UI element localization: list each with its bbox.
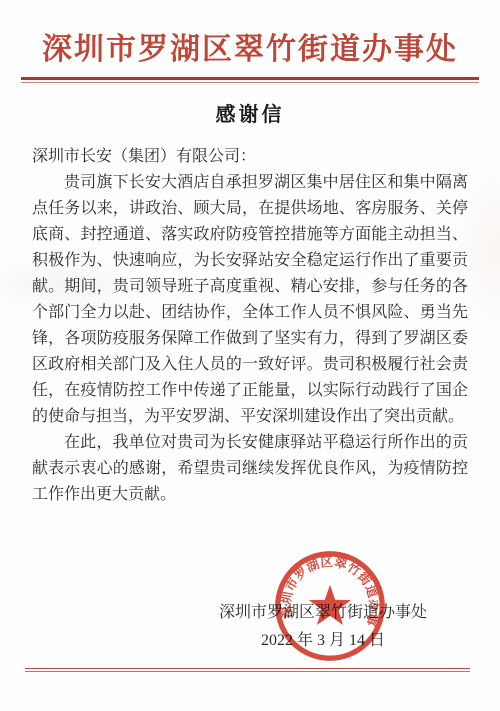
addressee-line: 深圳市长安（集团）有限公司： [32,144,468,170]
signature-org: 深圳市罗湖区翠竹街道办事处 [219,599,427,627]
letter-title: 感谢信 [0,98,500,127]
letter-page: 深圳市罗湖区翠竹街道办事处 感谢信 深圳市长安（集团）有限公司： 贵司旗下长安大… [0,0,500,711]
signature-block: 深圳市罗湖区翠竹街道办事处 2022 年 3 月 14 日 [219,599,427,655]
body-paragraph-1: 贵司旗下长安大酒店自承担罗湖区集中居住区和集中隔离点任务以来，讲政治、顾大局，在… [32,170,468,430]
letterhead-divider [21,77,479,83]
footer-divider [25,668,470,672]
letterhead-org-name: 深圳市罗湖区翠竹街道办事处 [0,0,500,69]
letter-body: 深圳市长安（集团）有限公司： 贵司旗下长安大酒店自承担罗湖区集中居住区和集中隔离… [32,144,468,508]
signature-date: 2022 年 3 月 14 日 [219,627,427,655]
body-paragraph-2: 在此，我单位对贵司为长安健康驿站平稳运行所作出的贡献表示衷心的感谢，希望贵司继续… [32,430,468,508]
